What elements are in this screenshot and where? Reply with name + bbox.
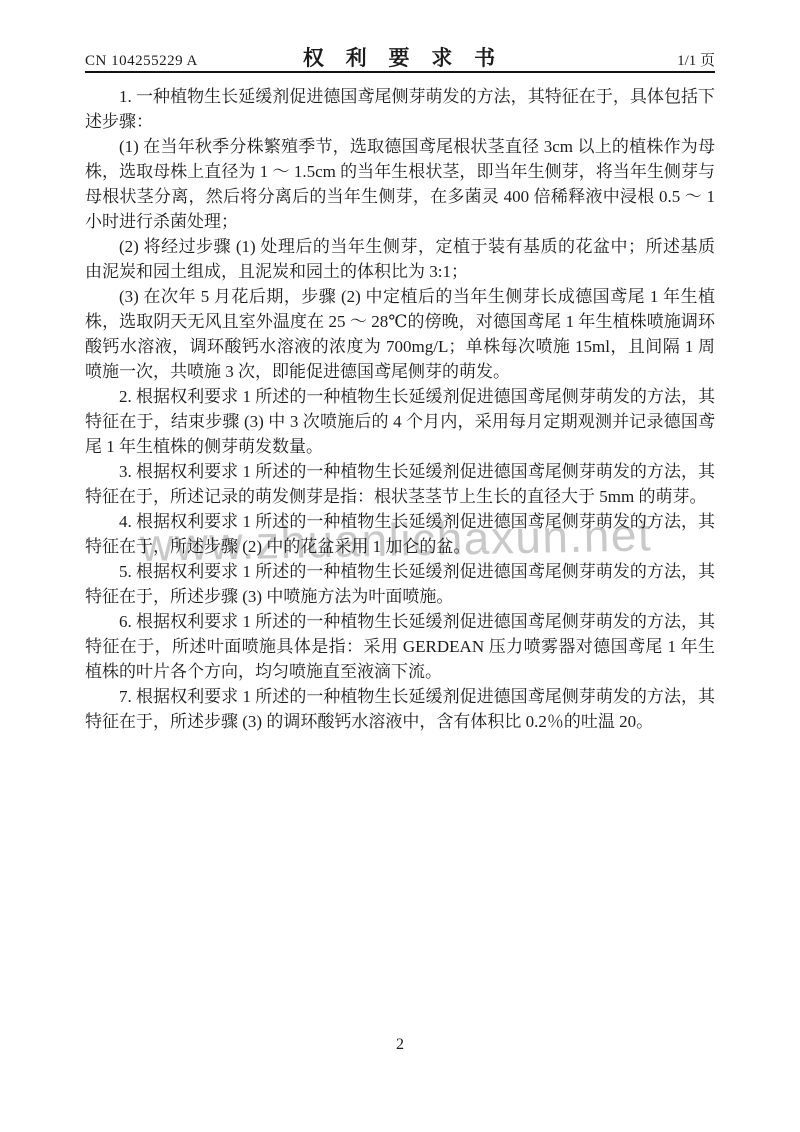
claim-paragraph: 4. 根据权利要求 1 所述的一种植物生长延缓剂促进德国鸢尾侧芽萌发的方法，其特… [85,509,715,559]
page-header: CN 104255229 A 权 利 要 求 书 1/1 页 [85,46,715,72]
page-number: 2 [396,1036,404,1053]
claim-paragraph: 2. 根据权利要求 1 所述的一种植物生长延缓剂促进德国鸢尾侧芽萌发的方法，其特… [85,384,715,459]
claim-paragraph: 5. 根据权利要求 1 所述的一种植物生长延缓剂促进德国鸢尾侧芽萌发的方法，其特… [85,559,715,609]
claim-paragraph: 7. 根据权利要求 1 所述的一种植物生长延缓剂促进德国鸢尾侧芽萌发的方法，其特… [85,684,715,734]
claim-paragraph: 3. 根据权利要求 1 所述的一种植物生长延缓剂促进德国鸢尾侧芽萌发的方法，其特… [85,459,715,509]
claims-body: 1. 一种植物生长延缓剂促进德国鸢尾侧芽萌发的方法，其特征在于，具体包括下述步骤… [85,84,715,734]
claim-paragraph: (1) 在当年秋季分株繁殖季节，选取德国鸢尾根状茎直径 3cm 以上的植株作为母… [85,134,715,234]
claim-paragraph: (3) 在次年 5 月花后期，步骤 (2) 中定植后的当年生侧芽长成德国鸢尾 1… [85,284,715,384]
claim-paragraph: 1. 一种植物生长延缓剂促进德国鸢尾侧芽萌发的方法，其特征在于，具体包括下述步骤… [85,84,715,134]
claim-paragraph: 6. 根据权利要求 1 所述的一种植物生长延缓剂促进德国鸢尾侧芽萌发的方法，其特… [85,609,715,684]
patent-claims-page: CN 104255229 A 权 利 要 求 书 1/1 页 www.zhuan… [0,0,800,1132]
claim-paragraph: (2) 将经过步骤 (1) 处理后的当年生侧芽，定植于装有基质的花盆中；所述基质… [85,234,715,284]
header-divider [85,71,715,73]
page-indicator: 1/1 页 [677,49,715,70]
page-title: 权 利 要 求 书 [85,42,715,72]
page-footer: 2 [0,1036,800,1054]
